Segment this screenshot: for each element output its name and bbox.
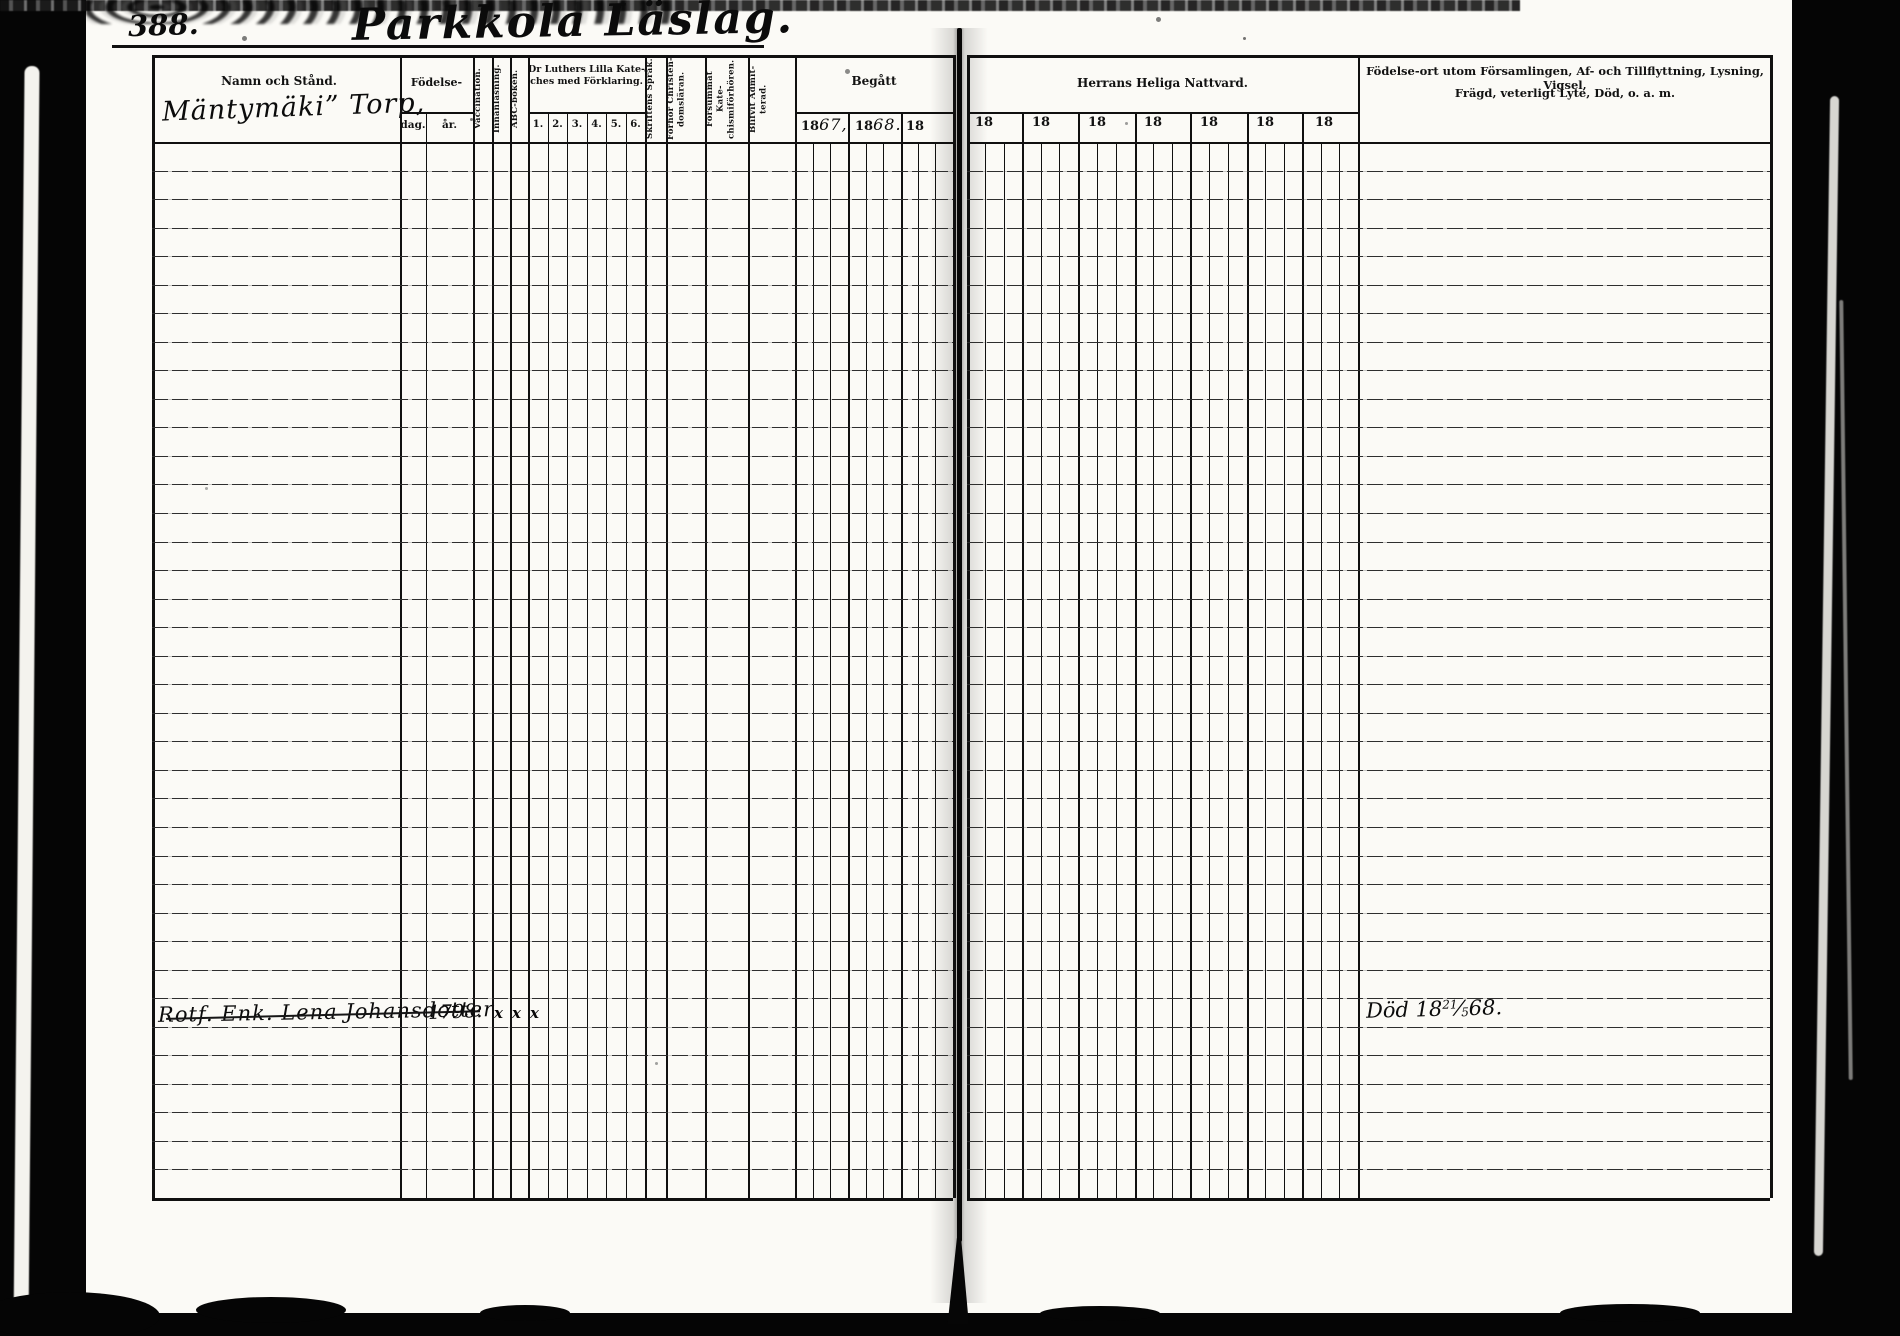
grid-line [967,827,1770,828]
nattvard-year-2: 18 [1032,115,1072,131]
grid-line [967,970,1770,971]
grid-line [967,112,1358,114]
title-underline [112,45,764,48]
column-header-forhor-christendomslaran: Förhör Christen- domsläran. [666,57,705,141]
grid-line [152,256,953,257]
scan-edge-bump [1040,1306,1160,1321]
grid-line [901,112,903,1198]
grid-line [967,656,1770,657]
grid-line [152,770,953,771]
grid-line [152,741,953,742]
grid-line [967,1027,1770,1028]
column-header-forsummat-katechismiforhoren: Försummat Kate- chismiförhören. [705,57,748,141]
entry-death-note: Död 1821⁄568. [1366,995,1503,1023]
katekes-col-1: 1. [528,119,548,132]
katekes-col-5: 5. [606,119,626,132]
scan-edge-bump [480,1305,570,1321]
grid-line [967,256,1770,257]
grid-line [967,1055,1770,1056]
grid-line [967,570,1770,571]
katekes-line2: ches med Förklaring. [530,76,643,87]
begatt-year-1-script: 67, [819,115,847,134]
grid-line [1770,55,1773,1198]
scan-edge-bump [1560,1304,1700,1322]
katekes-col-2: 2. [548,119,567,132]
begatt-year-2: 1868. [855,115,901,135]
grid-line [795,112,953,114]
column-header-begatt: Begått [795,74,953,89]
grid-line [1265,142,1266,1198]
column-header-innanlasning: Innanläsning. [492,57,510,141]
grid-line [967,1169,1770,1170]
grid-line [1135,112,1137,1198]
grid-line [967,1084,1770,1085]
grid-line [1022,112,1024,1198]
grid-line [152,970,953,971]
scan-left-border [0,0,86,1336]
grid-line [152,313,953,314]
grid-line [967,370,1770,371]
grid-line [152,1112,953,1113]
grid-line [967,1112,1770,1113]
grid-line [918,142,919,1198]
column-header-abc-boken: ABC-boken. [510,57,528,141]
column-header-herrans-heliga-nattvard: Herrans Heliga Nattvard. [967,76,1358,91]
grid-line [967,1198,1770,1201]
grid-line [1097,142,1098,1198]
grid-line [152,199,953,200]
grid-line [883,142,884,1198]
katekes-line1: Dr Luthers Lilla Kate- [528,64,645,75]
grid-line [606,112,607,1198]
grid-line [152,627,953,628]
column-header-blifvit-admitterad: Blifvit Admit- terad. [748,57,795,141]
grid-line [152,913,953,914]
grid-line [967,513,1770,514]
grid-line [152,542,953,543]
grid-line [985,142,986,1198]
grid-line [967,313,1770,314]
grid-line [967,342,1770,343]
grid-line [152,599,953,600]
grid-line [967,913,1770,914]
grid-line [967,399,1770,400]
grid-line [967,484,1770,485]
grid-line [152,684,953,685]
grid-line [426,112,427,1198]
grid-line [967,856,1770,857]
grid-line [967,684,1770,685]
grid-line [1284,142,1285,1198]
grid-line [967,627,1770,628]
nattvard-year-5: 18 [1200,115,1240,131]
grid-line [967,741,1770,742]
scan-edge-bump [196,1297,346,1323]
grid-line [152,1169,953,1170]
grid-line [152,656,953,657]
entry-mark-innanlasning: x [494,1004,503,1022]
grid-line [152,827,953,828]
column-header-vaccination: Vaccination. [473,57,492,141]
katekes-col-6: 6. [626,119,645,132]
grid-line [967,713,1770,714]
grid-line [1004,142,1005,1198]
nattvard-year-7: 18 [1315,115,1355,131]
katekes-col-3: 3. [567,119,587,132]
grid-line [967,142,1770,144]
column-header-namn-och-stand: Namn och Stånd. [160,74,398,89]
grid-line [967,427,1770,428]
grid-line [1116,142,1117,1198]
grid-line [152,941,953,942]
grid-line [152,399,953,400]
grid-line [1228,142,1229,1198]
nattvard-year-6: 18 [1256,115,1296,131]
column-header-notes-line2: Frägd, veterligt Lyte, Död, o. a. m. [1364,86,1766,100]
grid-line [152,570,953,571]
grid-line [152,370,953,371]
grid-line [152,55,953,58]
katekes-col-4: 4. [587,119,606,132]
grid-line [548,112,549,1198]
grid-line [967,199,1770,200]
grid-line [152,998,953,999]
grid-line [626,112,627,1198]
grid-line [1321,142,1322,1198]
grid-line [967,171,1770,172]
grid-line [967,998,1770,999]
grid-line [1153,142,1154,1198]
grid-line [967,542,1770,543]
grid-line [152,1027,953,1028]
grid-line [967,884,1770,885]
grid-line [152,228,953,229]
grid-line [152,713,953,714]
grid-line [587,112,588,1198]
grid-line [866,142,867,1198]
death-date-day: 21 [1442,997,1458,1011]
grid-line [152,513,953,514]
grid-line [152,884,953,885]
begatt-year-2-script: 68. [873,115,901,134]
grid-line [152,285,953,286]
grid-line [967,941,1770,942]
grid-line [1172,142,1173,1198]
grid-line [152,1198,953,1201]
grid-line [567,112,568,1198]
grid-line [813,142,814,1198]
grid-line [152,1055,953,1056]
nattvard-year-4: 18 [1144,115,1184,131]
grid-line [152,1141,953,1142]
binding-fold-line [957,28,962,1242]
begatt-year-1: 1867, [801,115,847,135]
grid-line [1190,112,1192,1198]
grid-line [152,142,953,144]
grid-line [967,285,1770,286]
grid-line [152,427,953,428]
grid-line [967,798,1770,799]
column-header-katekes: Dr Luthers Lilla Kate- ches med Förklari… [528,64,645,88]
grid-line [152,342,953,343]
entry-birth-year: 1798. [428,1000,483,1024]
grid-line [935,142,936,1198]
grid-line [1041,142,1042,1198]
column-header-ar: år. [426,119,473,132]
column-header-skriftens-sprak: Skriftens Språk. [645,57,666,141]
page-number: 388. [127,7,199,43]
grid-line [967,55,1770,58]
scan-noise-specks [0,0,3,3]
grid-line [953,55,956,1198]
grid-line [967,770,1770,771]
begatt-year-3: 18 [906,115,950,135]
grid-line [848,112,850,1198]
nattvard-year-1: 18 [975,115,1015,131]
grid-line [1209,142,1210,1198]
entry-mark-katekes: x [530,1004,539,1022]
grid-line [528,112,645,114]
nattvard-year-3: 18 [1088,115,1128,131]
column-header-fodelse: Födelse- [400,76,473,90]
grid-line [1078,112,1080,1198]
grid-line [1247,112,1249,1198]
grid-line [400,112,473,114]
grid-line [1339,142,1340,1198]
grid-line [967,599,1770,600]
scanned-ledger-page: 388. Parkkola Läslag. Namn och Stånd. Mä… [0,0,1900,1336]
entry-mark-abc: x [512,1004,521,1022]
grid-line [967,456,1770,457]
grid-line [967,228,1770,229]
grid-line [1302,112,1304,1198]
grid-line [152,856,953,857]
grid-line [967,1141,1770,1142]
grid-line [152,456,953,457]
page-title-handwritten: Parkkola Läslag. [352,0,795,51]
grid-line [152,484,953,485]
grid-line [830,142,831,1198]
grid-line [152,1084,953,1085]
grid-line [152,798,953,799]
grid-line [1059,142,1060,1198]
grid-line [152,171,953,172]
column-header-dag: dag. [400,119,426,132]
